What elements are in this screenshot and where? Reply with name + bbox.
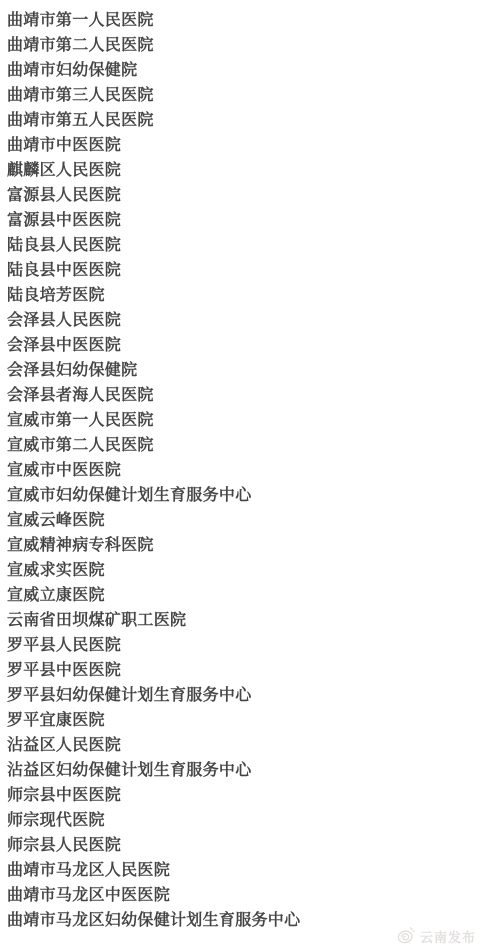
hospital-list-item: 宣威精神病专科医院 [7, 533, 480, 558]
spiral-badge-icon [396, 926, 416, 946]
hospital-list-item: 宣威市中医医院 [7, 458, 480, 483]
hospital-name: 会泽县妇幼保健院 [7, 362, 137, 379]
hospital-list-item: 曲靖市中医医院 [7, 133, 480, 158]
hospital-list-item: 罗平宜康医院 [7, 708, 480, 733]
hospital-list-item: 会泽县中医医院 [7, 333, 480, 358]
hospital-list-item: 富源县中医医院 [7, 208, 480, 233]
hospital-name: 云南省田坝煤矿职工医院 [7, 612, 186, 629]
hospital-list-item: 罗平县妇幼保健计划生育服务中心 [7, 683, 480, 708]
hospital-name: 宣威市第一人民医院 [7, 412, 154, 429]
hospital-list-item: 曲靖市马龙区中医医院 [7, 883, 480, 908]
hospital-name: 曲靖市马龙区妇幼保健计划生育服务中心 [7, 912, 300, 929]
hospital-list-item: 罗平县人民医院 [7, 633, 480, 658]
hospital-list-item: 曲靖市第一人民医院 [7, 8, 480, 33]
hospital-name: 陆良培芳医院 [7, 287, 105, 304]
hospital-name: 宣威精神病专科医院 [7, 537, 154, 554]
hospital-name: 曲靖市马龙区人民医院 [7, 862, 170, 879]
hospital-list-item: 曲靖市妇幼保健院 [7, 58, 480, 83]
hospital-name: 曲靖市第二人民医院 [7, 37, 154, 54]
hospital-list: 曲靖市第一人民医院曲靖市第二人民医院曲靖市妇幼保健院曲靖市第三人民医院曲靖市第五… [0, 0, 480, 933]
hospital-list-item: 云南省田坝煤矿职工医院 [7, 608, 480, 633]
hospital-name: 沾益区妇幼保健计划生育服务中心 [7, 762, 252, 779]
hospital-name: 富源县人民医院 [7, 187, 121, 204]
hospital-list-item: 罗平县中医医院 [7, 658, 480, 683]
hospital-name: 宣威求实医院 [7, 562, 105, 579]
hospital-name: 会泽县者海人民医院 [7, 387, 154, 404]
hospital-list-item: 宣威立康医院 [7, 583, 480, 608]
hospital-list-item: 师宗现代医院 [7, 808, 480, 833]
hospital-list-item: 会泽县者海人民医院 [7, 383, 480, 408]
hospital-name: 师宗县人民医院 [7, 837, 121, 854]
hospital-list-item: 会泽县妇幼保健院 [7, 358, 480, 383]
hospital-list-item: 曲靖市第三人民医院 [7, 83, 480, 108]
hospital-list-item: 宣威求实医院 [7, 558, 480, 583]
watermark-label: 云南发布 [420, 927, 476, 946]
hospital-name: 陆良县人民医院 [7, 237, 121, 254]
watermark: 云南发布 [396, 926, 476, 946]
hospital-name: 曲靖市中医医院 [7, 137, 121, 154]
hospital-list-item: 宣威市第二人民医院 [7, 433, 480, 458]
hospital-name: 曲靖市妇幼保健院 [7, 62, 137, 79]
hospital-name: 会泽县中医医院 [7, 337, 121, 354]
hospital-list-item: 曲靖市第二人民医院 [7, 33, 480, 58]
hospital-name: 麒麟区人民医院 [7, 162, 121, 179]
hospital-name: 曲靖市马龙区中医医院 [7, 887, 170, 904]
hospital-list-item: 陆良培芳医院 [7, 283, 480, 308]
hospital-name: 宣威市第二人民医院 [7, 437, 154, 454]
hospital-name: 宣威立康医院 [7, 587, 105, 604]
hospital-list-item: 麒麟区人民医院 [7, 158, 480, 183]
hospital-name: 罗平县中医医院 [7, 662, 121, 679]
hospital-name: 曲靖市第五人民医院 [7, 112, 154, 129]
hospital-list-item: 曲靖市第五人民医院 [7, 108, 480, 133]
hospital-name: 宣威市妇幼保健计划生育服务中心 [7, 487, 252, 504]
hospital-name: 曲靖市第三人民医院 [7, 87, 154, 104]
hospital-list-item: 会泽县人民医院 [7, 308, 480, 333]
hospital-name: 罗平县人民医院 [7, 637, 121, 654]
hospital-name: 沾益区人民医院 [7, 737, 121, 754]
hospital-name: 曲靖市第一人民医院 [7, 12, 154, 29]
hospital-list-item: 宣威市第一人民医院 [7, 408, 480, 433]
hospital-name: 罗平县妇幼保健计划生育服务中心 [7, 687, 252, 704]
hospital-list-item: 宣威云峰医院 [7, 508, 480, 533]
hospital-name: 会泽县人民医院 [7, 312, 121, 329]
hospital-name: 宣威云峰医院 [7, 512, 105, 529]
hospital-name: 罗平宜康医院 [7, 712, 105, 729]
hospital-list-item: 曲靖市马龙区人民医院 [7, 858, 480, 883]
hospital-list-item: 陆良县中医医院 [7, 258, 480, 283]
hospital-list-item: 师宗县人民医院 [7, 833, 480, 858]
hospital-name: 富源县中医医院 [7, 212, 121, 229]
hospital-list-item: 宣威市妇幼保健计划生育服务中心 [7, 483, 480, 508]
hospital-name: 宣威市中医医院 [7, 462, 121, 479]
hospital-name: 师宗现代医院 [7, 812, 105, 829]
hospital-list-item: 沾益区妇幼保健计划生育服务中心 [7, 758, 480, 783]
hospital-name: 陆良县中医医院 [7, 262, 121, 279]
hospital-list-item: 富源县人民医院 [7, 183, 480, 208]
hospital-list-item: 沾益区人民医院 [7, 733, 480, 758]
hospital-list-item: 师宗县中医医院 [7, 783, 480, 808]
hospital-list-item: 陆良县人民医院 [7, 233, 480, 258]
hospital-name: 师宗县中医医院 [7, 787, 121, 804]
